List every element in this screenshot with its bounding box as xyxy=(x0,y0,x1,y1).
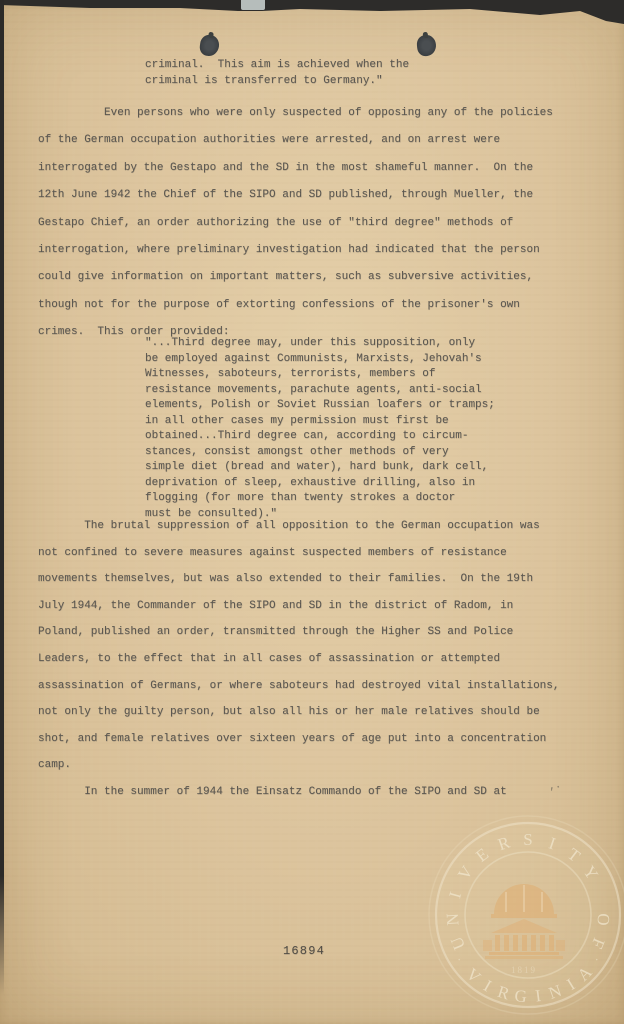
paragraph-interrogation-order: Even persons who were only suspected of … xyxy=(38,100,553,347)
paragraph-einsatz-commando: In the summer of 1944 the Einsatz Comman… xyxy=(38,779,507,806)
svg-text:S: S xyxy=(523,830,532,849)
third-degree-order-quote: "...Third degree may, under this supposi… xyxy=(145,336,495,522)
svg-text:G: G xyxy=(514,986,528,1006)
binder-tab xyxy=(241,0,265,10)
svg-text:O: O xyxy=(594,913,614,926)
university-of-virginia-seal: UNIVERSITYOF·· VIRGINIA 1819 xyxy=(428,812,624,1024)
carried-over-quote: criminal. This aim is achieved when the … xyxy=(145,57,409,89)
page-number: 16894 xyxy=(283,944,325,958)
scan-backing-left-edge xyxy=(0,0,4,995)
svg-text:N: N xyxy=(443,913,463,926)
scanned-document-page: UNIVERSITYOF·· VIRGINIA 1819 criminal. T… xyxy=(0,0,624,1024)
paragraph-reprisals-families: The brutal suppression of all opposition… xyxy=(38,513,560,779)
seal-year-text: 1819 xyxy=(511,965,537,975)
